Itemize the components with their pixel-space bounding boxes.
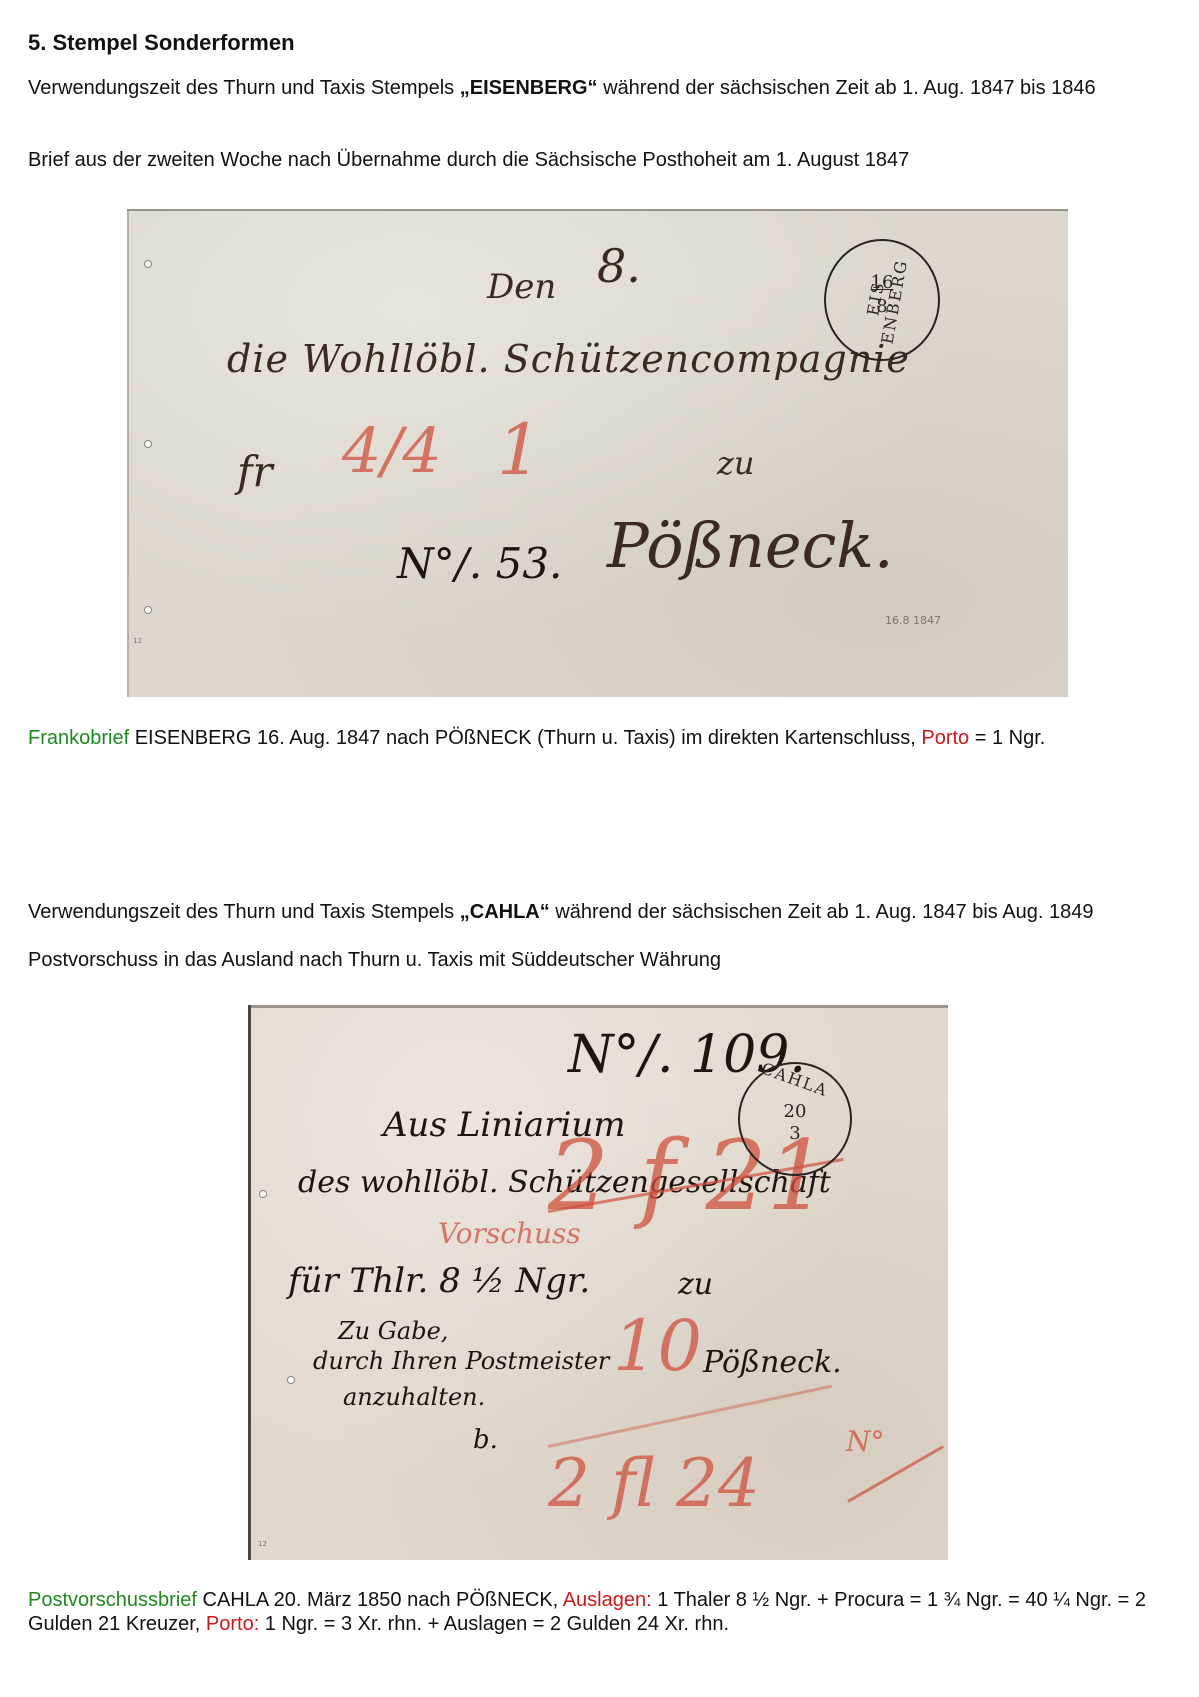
porto-label: Porto:: [206, 1613, 259, 1635]
intro-text: Verwendungszeit des Thurn und Taxis Stem…: [28, 901, 460, 923]
envelope-eisenberg-image: 8. Den die Wohllöbl. Schützencompagnie f…: [127, 209, 1068, 697]
caption-text: CAHLA 20. März 1850 nach PÖßNECK,: [197, 1589, 563, 1611]
caption-text: EISENBERG 16. Aug. 1847 nach PÖßNECK (Th…: [129, 727, 921, 749]
corner-mark: 12: [258, 1540, 267, 1548]
note-line4: b.: [473, 1425, 498, 1455]
letter-number: N°/. 53.: [397, 539, 562, 588]
punch-hole: [145, 261, 151, 267]
address-line2: die Wohllöbl. Schützencompagnie: [227, 337, 910, 381]
red-vorschuss-note: Vorschuss: [438, 1217, 581, 1250]
section2-intro: Verwendungszeit des Thurn und Taxis Stem…: [28, 900, 1178, 924]
punch-hole: [145, 441, 151, 447]
intro-text-post: während der sächsischen Zeit ab 1. Aug. …: [550, 901, 1094, 923]
note-line1: Zu Gabe,: [338, 1317, 448, 1345]
note-line3: anzuhalten.: [343, 1383, 485, 1411]
postmark-cahla: CAHLA 20 3: [738, 1062, 852, 1176]
destination: Pößneck.: [607, 509, 894, 582]
punch-hole: [145, 607, 151, 613]
page-title: 5. Stempel Sonderformen: [28, 30, 295, 56]
corner-mark: 12: [133, 637, 142, 645]
address-line1: Den: [487, 267, 556, 307]
red-total-amount: 2 fl 24: [548, 1445, 760, 1522]
red-no-mark: N°: [846, 1425, 885, 1458]
caption-type-label: Postvorschussbrief: [28, 1589, 197, 1611]
section1-intro: Verwendungszeit des Thurn und Taxis Stem…: [28, 76, 1178, 100]
caption-text-end: 1 Ngr. = 3 Xr. rhn. + Auslagen = 2 Gulde…: [259, 1613, 729, 1635]
envelope-cahla-image: N°/. 109. Aus Liniarium des wohllöbl. Sc…: [248, 1005, 948, 1560]
red-fraction-mark: 4/4: [342, 414, 442, 487]
postmark-day: 20: [740, 1102, 850, 1122]
auslagen-label: Auslagen:: [563, 1589, 652, 1611]
postmark-month: 3: [740, 1124, 850, 1144]
punch-hole: [288, 1377, 294, 1383]
red-underline: [548, 1385, 832, 1448]
postmark-day: 16: [826, 273, 938, 293]
postmark-eisenberg: EIS ENBERG 16 8: [824, 239, 940, 361]
caption-text-end: = 1 Ngr.: [969, 727, 1045, 749]
intro-text: Verwendungszeit des Thurn und Taxis Stem…: [28, 77, 460, 99]
pencil-date-note: 16.8 1847: [885, 614, 941, 627]
red-porto-mark: 1: [497, 409, 542, 491]
section1-subtitle: Brief aus der zweiten Woche nach Übernah…: [28, 148, 909, 172]
destination: Pößneck.: [703, 1345, 842, 1380]
to-word: zu: [717, 444, 754, 482]
franco-mark: fr: [237, 447, 273, 496]
amount-line: für Thlr. 8 ½ Ngr.: [288, 1261, 590, 1301]
section2-subtitle: Postvorschuss in das Ausland nach Thurn …: [28, 948, 721, 972]
section2-caption: Postvorschussbrief CAHLA 20. März 1850 n…: [28, 1588, 1178, 1636]
note-line2: durch Ihren Postmeister: [313, 1347, 609, 1375]
porto-label: Porto: [921, 727, 969, 749]
punch-hole: [260, 1191, 266, 1197]
postmark-month: 8: [826, 297, 938, 317]
caption-type-label: Frankobrief: [28, 727, 129, 749]
stamp-name-bold: „EISENBERG“: [460, 77, 598, 99]
intro-text-post: während der sächsischen Zeit ab 1. Aug. …: [598, 77, 1096, 99]
rate-mark: 8.: [597, 239, 641, 293]
to-word: zu: [678, 1267, 713, 1302]
stamp-name-bold: „CAHLA“: [460, 901, 550, 923]
section1-caption: Frankobrief EISENBERG 16. Aug. 1847 nach…: [28, 726, 1045, 750]
red-ten-mark: 10: [613, 1305, 702, 1387]
